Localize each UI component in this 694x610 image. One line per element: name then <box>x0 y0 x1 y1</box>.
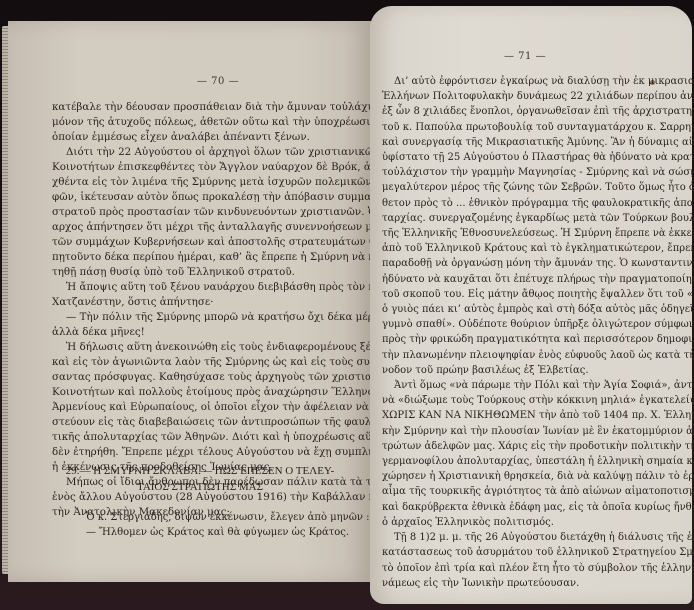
text-line: ἀλλὰ δέκα μῆνες! <box>52 325 362 340</box>
text-line: κατάστασεως τοῦ ἀσυρμάτου τοῦ ἑλληνικοῦ … <box>382 545 682 560</box>
text-line: μεγαλύτερον μέρος τῆς ζώνης τῶν Σεβρῶν. … <box>382 180 682 195</box>
text-line: Κοινοτήτων καὶ πολλοὺς ἑτοίμους πρὸς ἀνα… <box>52 385 362 400</box>
text-line: νὰ «διώξωμε τοὺς Τούρκους στὴν κόκκινη μ… <box>382 393 682 408</box>
text-line: — Τὴν πόλιν τῆς Σμύρνης μπορῶ νὰ κρατήσω… <box>52 310 362 325</box>
text-line: Ἑλλήνων Πολιτοφυλακὴν δυνάμεως 22 χιλιάδ… <box>382 89 682 104</box>
text-line: δὲν ἐτηρήθη. Ἔπρεπε μέχρι τέλους Αὐγούστ… <box>52 445 362 460</box>
text-line: γυμνὸ σπαθί». Οὐδέποτε θούριον ὑπῆρξε ὀλ… <box>382 317 682 332</box>
text-line: Χατζανέστην, ὅστις ἀπήντησε· <box>52 295 362 310</box>
text-line: στεύουν εἰς τὰς διαβεβαιώσεις τῶν ἀντιπρ… <box>52 415 362 430</box>
text-line: μόνον τῆς ἀτυχοῦς πόλεως, ἀθετῶν οὕτω κα… <box>52 115 362 130</box>
text-line: στρατοῦ πρὸς προστασίαν τῶν κινδυνευόντω… <box>52 205 362 220</box>
text-line: ἀπὸ τοῦ Ἑλληνικοῦ Κράτους καὶ τὸ ἐγκλημα… <box>382 241 682 256</box>
chapter-heading: 29.— Η ΣΜΥΡΝΗ ΣΚΛΑΒΑ.— ΠΩΣ ΕΠΕΣΕΝ Ο ΤΕΛΕ… <box>40 463 360 495</box>
text-line: καὶ εἰς τὸν ἀγωνιῶντα λαὸν τῆς Σμύρνης ὡ… <box>52 355 362 370</box>
text-line: τὸ ὁποῖον ἐπὶ τρία καὶ πλέον ἔτη ἦτο τὸ … <box>382 561 682 576</box>
text-line: θετον πρὸς τὸ ... ἐθνικὸν πρόγραμμα τῆς … <box>382 196 682 211</box>
right-page-body: Δι’ αὐτὸ ἐφρόντισεν ἐγκαίρως νὰ διαλύσῃ … <box>382 74 682 591</box>
text-line: τοῦ σκοποῦ του. Εἰς μάτην ἄθῳος ποιητὴς … <box>382 287 682 302</box>
text-line: παραδοθῇ νὰ ὀργανώσῃ μόνη τὴν ἄμυνάν της… <box>382 256 682 271</box>
left-page-body: κατέβαλε τὴν δέουσαν προσπάθειαν διὰ τὴν… <box>52 100 362 520</box>
text-line: τρώτων ἀδελφῶν μας. Χάρις εἰς τὴν προδοτ… <box>382 439 682 454</box>
text-line: αἷμα τῆς τουρκικῆς ἀγριότητος τὰ ἀπὸ αἰώ… <box>382 484 682 499</box>
text-line: Διότι τὴν 22 Αὐγούστου οἱ ἀρχηγοὶ ὅλων τ… <box>52 145 362 160</box>
text-line: τὴν πλανωμένην πλειοψηφίαν ἑνὸς εὐφυοῦς … <box>382 348 682 363</box>
text-line: ὁποίαν ἐμμέσως εἶχεν ἀναλάβει ἀπέναντι ξ… <box>52 130 362 145</box>
text-line: ΧΩΡΙΣ ΚΑΝ ΝΑ ΝΙΚΗΘΩΜΕΝ τὴν ἀπὸ τοῦ 1404 … <box>382 408 682 423</box>
epigraph: Ὁ κ. Στεργιάδης, διψῶν ἐκκένωσιν, ἔλεγεν… <box>86 510 370 540</box>
text-line: ταρχίας. συνεργαζομένης ἐγκαρδίως μετὰ τ… <box>382 211 682 226</box>
text-line: Ἡ ἄποψις αὕτη τοῦ ξένου ναυάρχου διεβιβά… <box>52 280 362 295</box>
text-line: καὶ συνεργασίᾳ τῆς Μικρασιατικῆς Ἀμύνης.… <box>382 135 682 150</box>
epigraph-line: Ὁ κ. Στεργιάδης, διψῶν ἐκκένωσιν, ἔλεγεν… <box>86 510 370 525</box>
text-line: Ἀντὶ ὅμως «νὰ πάρωμε τὴν Πόλι καὶ τὴν Ἁγ… <box>382 378 682 393</box>
chapter-heading-line: 29.— Η ΣΜΥΡΝΗ ΣΚΛΑΒΑ.— ΠΩΣ ΕΠΕΣΕΝ Ο ΤΕΛΕ… <box>40 463 360 479</box>
text-line: γερμανοφίλου ἀπολυταρχίας, ὑπεστάλη ἡ ἑλ… <box>382 454 682 469</box>
text-line: Κοινοτήτων ἐπισκεφθέντες τὸν Ἄγγλον ναύα… <box>52 160 362 175</box>
text-line: φῶν, ἱκέτευσαν αὐτὸν ὅπως προκαλέσῃ τὴν … <box>52 190 362 205</box>
text-line: ὁ γυιὸς πάει κι’ αὐτὸς ἐμπρὸς καὶ στὴ δό… <box>382 302 682 317</box>
text-line: τοὐλάχιστον τὴν γραμμὴν Μαγνησίας - Σμύρ… <box>382 165 682 180</box>
text-line: κὴν Σμύρνην καὶ τὴν πλουσίαν Ἰωνίαν μὲ ἓ… <box>382 424 682 439</box>
text-line: αρχος ἀπήντησεν ὅτι μέχρι τῆς ἀνταλλαγῆς… <box>52 220 362 235</box>
text-line: ὁ ἀρχαῖος Ἑλληνικὸς πολιτισμός. <box>382 515 682 530</box>
epigraph-line: — Ἤλθομεν ὡς Κράτος καὶ θὰ φύγωμεν ὡς Κρ… <box>86 525 370 540</box>
text-line: νάμεως εἰς τὴν Ἰωνικὴν πρωτεύουσαν. <box>382 576 682 591</box>
text-line: Ἀρμενίους καὶ Εὐρωπαίους, οἱ ὁποῖοι εἶχο… <box>52 400 362 415</box>
text-line: χθέντα εἰς τὸν λιμένα τῆς Σμύρνης μετὰ ἰ… <box>52 175 362 190</box>
text-line: χώρησεν ἡ Χριστιανικὴ θρησκεία, διὰ νὰ κ… <box>382 469 682 484</box>
text-line: κατέβαλε τὴν δέουσαν προσπάθειαν διὰ τὴν… <box>52 100 362 115</box>
text-line: Τῇ 8 1)2 μ. μ. τῆς 26 Αὐγούστου διετάχθη… <box>382 530 682 545</box>
text-line: ὑφίστατο τῇ 25 Αὐγούστου ὁ Πλαστήρας θὰ … <box>382 150 682 165</box>
right-page-number: — 71 — <box>504 51 546 62</box>
text-line: τικῆς ἀπολυταρχίας τῶν Ἀθηνῶν. Διότι καὶ… <box>52 430 362 445</box>
text-line: Δι’ αὐτὸ ἐφρόντισεν ἐγκαίρως νὰ διαλύσῃ … <box>382 74 682 89</box>
text-line: πρὸς τὴν φρικώδη πραγματικότητα καὶ περι… <box>382 332 682 347</box>
text-line: καὶ δακρύβρεκτα ἐθνικὰ ἐδάφη μας, εἰς τὰ… <box>382 500 682 515</box>
text-line: πῃτοῦντο δέκα περίπου ἡμέραι, καθ’ ἃς ἔπ… <box>52 250 362 265</box>
text-line: τῶν συμμάχων Κυβερνήσεων καὶ ἀποστολῆς σ… <box>52 235 362 250</box>
left-page-number: — 70 — <box>197 76 239 87</box>
text-line: ἠδύνατο νὰ καυχᾶται ὅτι ἐπέτυχε πλήρως τ… <box>382 272 682 287</box>
text-line: ἐξ ὧν 8 χιλιάδες ἔνοπλοι, ὀργανωθεῖσαν ἐ… <box>382 104 682 119</box>
text-line: τῆς Ἑλληνικῆς Ἐθνοσυνελεύσεως. Ἡ Σμύρνη … <box>382 226 682 241</box>
text-line: Ἡ δήλωσις αὕτη ἀνεκοινώθη εἰς τοὺς ἐνδια… <box>52 340 362 355</box>
text-line: τοῦ κ. Παπούλα πρωτοβουλίᾳ τοῦ συνταγματ… <box>382 120 682 135</box>
text-line: σαντας πρόσφυγας. Καθησύχασε τοὺς ἀρχηγο… <box>52 370 362 385</box>
chapter-heading-line: ΤΑΙΟΣ ΣΤΡΑΤΙΩΤΗΣ ΜΑΣ <box>40 479 360 495</box>
text-line: νοδον τοῦ πρώην βασιλέως ἐξ Ἑλβετίας. <box>382 363 682 378</box>
text-line: τηθῇ πάσῃ θυσίᾳ ὑπὸ τοῦ Ἑλληνικοῦ στρατο… <box>52 265 362 280</box>
